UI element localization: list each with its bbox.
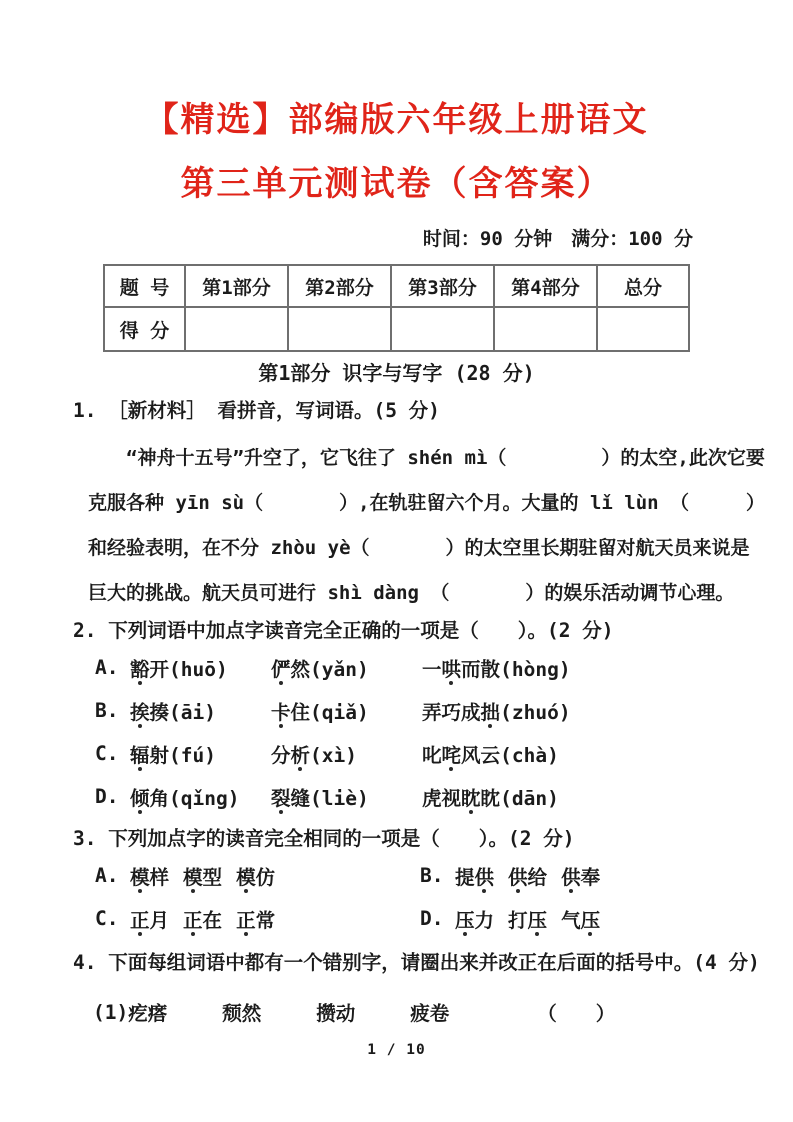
dotted-word: 裂缝(liè) (271, 783, 422, 811)
question1-passage: “神舟十五号”升空了，它飞往了 shén mì（ ）的太空,此次它要 克服各种 … (0, 436, 793, 616)
passage-line: 和经验表明，在不分 zhòu yè（ ）的太空里长期驻留对航天员来说是 (88, 526, 793, 571)
word-item: 疙瘩 (128, 998, 167, 1026)
question2-option-c: C. 辐射(fú) 分析(xì) 叱咤风云(chà) (95, 732, 793, 775)
dotted-word: 供给 (508, 862, 547, 890)
dotted-word: 虎视眈眈(dān) (422, 783, 559, 811)
question4-stem: 4. 下面每组词语中都有一个错别字，请圈出来并改正在后面的括号中。(4 分) (73, 948, 793, 978)
option-label: C. (95, 742, 130, 765)
paper-title-line2: 第三单元测试卷（含答案） (0, 168, 793, 202)
score-table-header-cell: 第1部分 (185, 265, 288, 307)
dotted-word: 一哄而散(hòng) (422, 654, 571, 682)
dotted-word: 叱咤风云(chà) (422, 740, 559, 768)
passage-line: “神舟十五号”升空了，它飞往了 shén mì（ ）的太空,此次它要 (88, 436, 793, 481)
question4-group1: (1) 疙瘩 颓然 攒动 疲卷 （ ） (93, 990, 793, 1034)
dotted-word: 正月 (130, 905, 169, 933)
section1-heading: 第1部分 识字与写字 (28 分) (0, 360, 793, 386)
answer-bracket: （ ） (537, 998, 615, 1026)
score-row-label: 得 分 (104, 307, 185, 351)
score-cell (391, 307, 494, 351)
score-table-header-cell: 第4部分 (494, 265, 597, 307)
score-table-header-cell: 总分 (597, 265, 689, 307)
dotted-word: 豁开(huō) (130, 654, 271, 682)
group-label: (1) (93, 1001, 128, 1024)
question2-option-d: D. 倾角(qǐng) 裂缝(liè) 虎视眈眈(dān) (95, 775, 793, 818)
score-cell (494, 307, 597, 351)
score-table-header-cell: 第3部分 (391, 265, 494, 307)
question3-row-cd: C. 正月 正在 正常 D. 压力 打压 气压 (95, 897, 793, 940)
question3-option-c: C. 正月 正在 正常 (95, 905, 420, 933)
question2-option-a: A. 豁开(huō) 俨然(yǎn) 一哄而散(hòng) (95, 646, 793, 689)
dotted-word: 倾角(qǐng) (130, 783, 271, 811)
dotted-word: 卡住(qiǎ) (271, 697, 422, 725)
question3-stem: 3. 下列加点字的读音完全相同的一项是（ ）。(2 分) (73, 824, 793, 854)
dotted-word: 供奉 (561, 862, 600, 890)
time-and-full-score: 时间：90 分钟 满分：100 分 (0, 226, 793, 252)
question3-row-ab: A. 模样 模型 模仿 B. 提供 供给 供奉 (95, 854, 793, 897)
paper-title-line1: 【精选】部编版六年级上册语文 (0, 104, 793, 138)
dotted-word: 气压 (561, 905, 600, 933)
option-label: B. (95, 699, 130, 722)
dotted-word: 正常 (236, 905, 275, 933)
question3-option-a: A. 模样 模型 模仿 (95, 862, 420, 890)
passage-line: 巨大的挑战。航天员可进行 shì dàng （ ）的娱乐活动调节心理。 (88, 571, 793, 616)
option-label: A. (95, 864, 130, 887)
option-label: D. (420, 907, 455, 930)
score-table-header-row: 题 号 第1部分 第2部分 第3部分 第4部分 总分 (104, 265, 689, 307)
question2-stem: 2. 下列词语中加点字读音完全正确的一项是（ ）。(2 分) (73, 616, 793, 646)
dotted-word: 压力 (455, 905, 494, 933)
dotted-word: 弄巧成拙(zhuó) (422, 697, 571, 725)
dotted-word: 模仿 (236, 862, 275, 890)
option-label: D. (95, 785, 130, 808)
dotted-word: 模样 (130, 862, 169, 890)
word-item: 颓然 (222, 998, 261, 1026)
score-cell (288, 307, 391, 351)
option-label: A. (95, 656, 130, 679)
score-table-score-row: 得 分 (104, 307, 689, 351)
dotted-word: 俨然(yǎn) (271, 654, 422, 682)
dotted-word: 辐射(fú) (130, 740, 271, 768)
score-cell (597, 307, 689, 351)
option-label: C. (95, 907, 130, 930)
page-number: 1 / 10 (0, 1042, 793, 1058)
question3-option-b: B. 提供 供给 供奉 (420, 862, 600, 890)
word-item: 疲卷 (410, 998, 449, 1026)
dotted-word: 打压 (508, 905, 547, 933)
score-table: 题 号 第1部分 第2部分 第3部分 第4部分 总分 得 分 (103, 264, 690, 352)
dotted-word: 分析(xì) (271, 740, 422, 768)
test-paper-page: 【精选】部编版六年级上册语文 第三单元测试卷（含答案） 时间：90 分钟 满分：… (0, 0, 793, 1122)
dotted-word: 挨揍(āi) (130, 697, 271, 725)
score-cell (185, 307, 288, 351)
question3-option-d: D. 压力 打压 气压 (420, 905, 600, 933)
score-table-header-cell: 第2部分 (288, 265, 391, 307)
question1-stem: 1. ［新材料］ 看拼音，写词语。(5 分) (73, 398, 793, 424)
question2-option-b: B. 挨揍(āi) 卡住(qiǎ) 弄巧成拙(zhuó) (95, 689, 793, 732)
score-table-header-cell: 题 号 (104, 265, 185, 307)
word-item: 攒动 (316, 998, 355, 1026)
passage-line: 克服各种 yīn sù（ ）,在轨驻留六个月。大量的 lǐ lùn （ ） (88, 481, 793, 526)
dotted-word: 模型 (183, 862, 222, 890)
dotted-word: 提供 (455, 862, 494, 890)
dotted-word: 正在 (183, 905, 222, 933)
option-label: B. (420, 864, 455, 887)
